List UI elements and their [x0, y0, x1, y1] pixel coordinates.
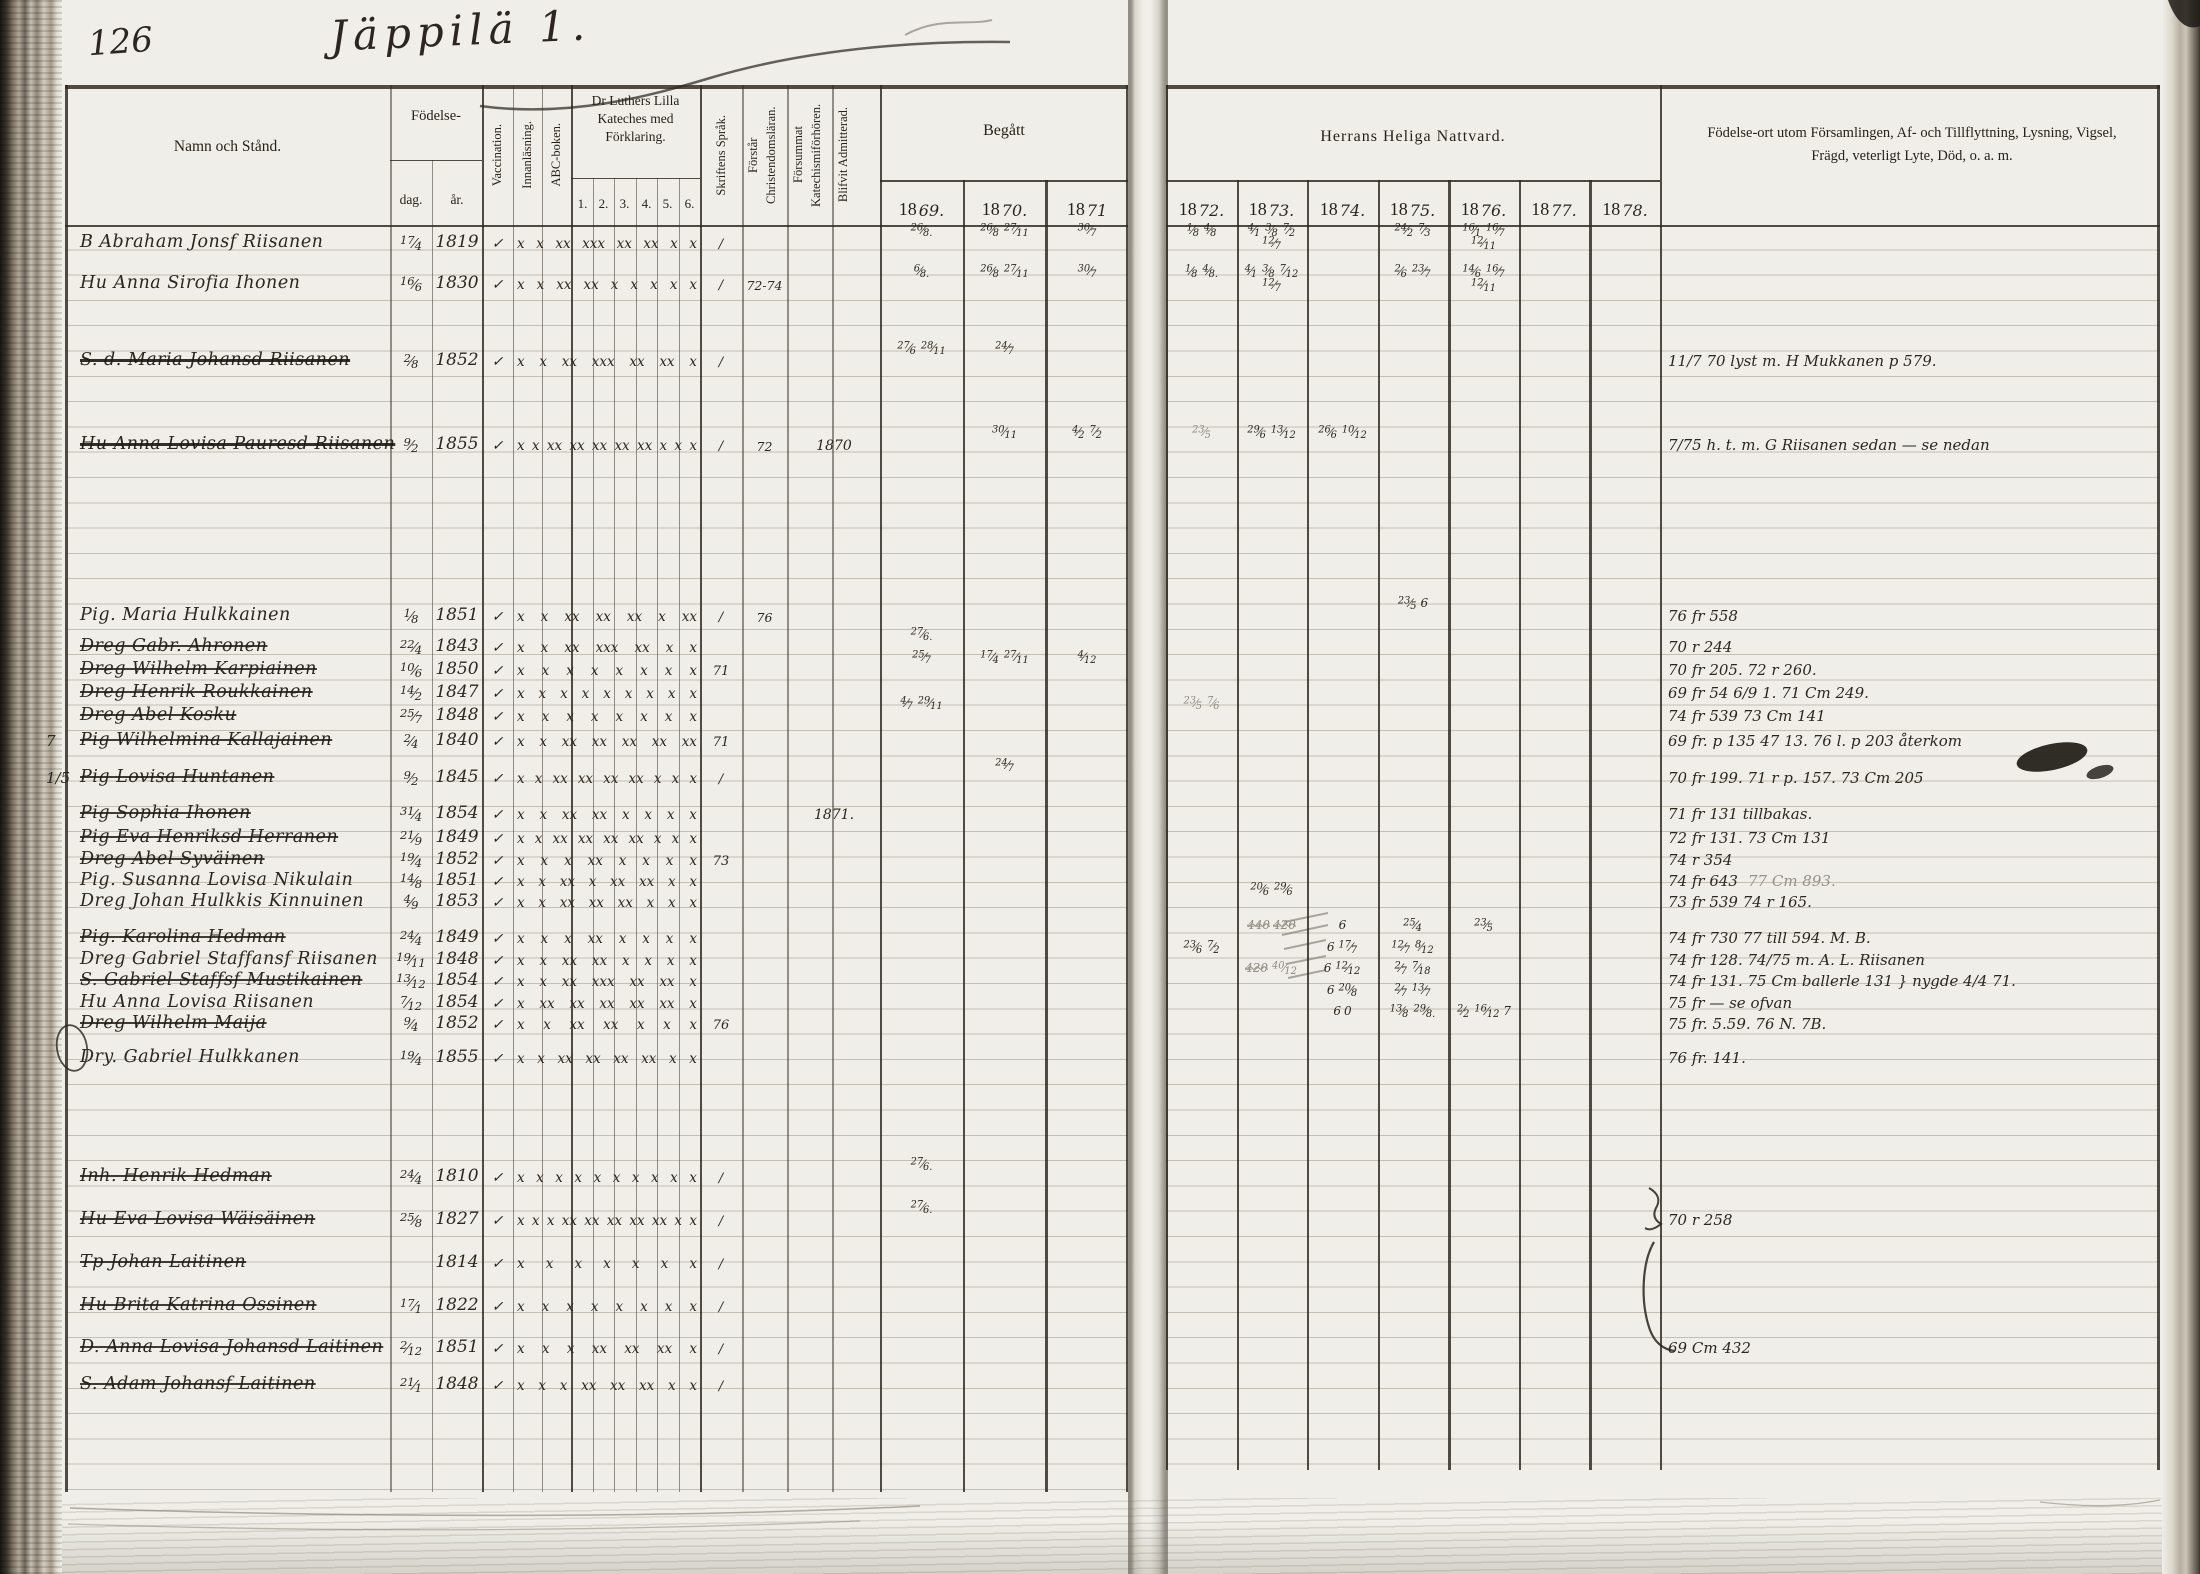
notes-cell: 75 fr — se ofvan — [1668, 988, 2156, 1012]
vaccination-mark-cell: ✓ — [483, 656, 512, 679]
year-column-label: 1872. — [1168, 184, 1235, 220]
catechism-col-3: 3. — [614, 196, 635, 212]
birth-year-cell: 1819 — [433, 227, 481, 252]
notes-cell: 69 Cm 432 — [1668, 1333, 2156, 1357]
column-header-reading: Innanläsning. — [513, 88, 542, 222]
catechism-col-2: 2. — [593, 196, 614, 212]
birth-day-cell: 9⁄2 — [391, 430, 431, 454]
vaccination-mark-cell: ✓ — [483, 1334, 512, 1357]
column-header-script-language: Skriftens Språk. — [700, 88, 742, 222]
column-header-abc-book: ABC-boken. — [542, 88, 571, 222]
birth-year-cell: 1830 — [433, 268, 481, 293]
vaccination-mark-cell: ✓ — [483, 702, 512, 725]
script-language-cell: / — [701, 1334, 741, 1357]
year-column-label: 1871 — [1048, 184, 1126, 220]
table-grid-hline — [880, 180, 1128, 182]
communion-marks-1876: 14⁄616⁄712⁄11 — [1450, 265, 1517, 292]
birth-year-cell: 1847 — [433, 677, 481, 702]
table-grid-vline — [482, 85, 484, 1492]
script-language-cell: / — [701, 1292, 741, 1315]
vaccination-mark-cell: ✓ — [483, 1044, 512, 1067]
column-header-missed-exams: Försummat Katechismiförhören. — [787, 88, 832, 222]
notes-cell: 75 fr. 5.59. 76 N. 7B. — [1668, 1009, 2156, 1033]
reading-marks-cell: xxxxxxxxxxx — [517, 269, 697, 293]
vaccination-mark-cell: ✓ — [483, 270, 512, 293]
column-header-notes: Födelse-ort utom Församlingen, Af- och T… — [1666, 122, 2158, 168]
script-language-cell: 71 — [701, 727, 741, 750]
table-grid-hline — [571, 178, 700, 179]
table-grid-vline — [390, 85, 392, 1492]
table-grid-hline — [390, 160, 482, 161]
communion-marks-1872: 1⁄84⁄8 — [1168, 224, 1235, 237]
name-cell: Tp Johan Laitinen — [80, 1246, 388, 1272]
birth-year-cell: 1854 — [433, 798, 481, 823]
birth-year-cell: 1845 — [433, 762, 481, 787]
name-cell: Pig Wilhelmina Kallajainen — [80, 724, 388, 750]
admitted-cell: 1870 — [790, 431, 878, 454]
vaccination-mark-cell: ✓ — [483, 229, 512, 252]
birth-year-cell: 1848 — [433, 1369, 481, 1394]
page-number: 126 — [87, 20, 155, 64]
reading-marks-cell: xxxxxxxxxx — [517, 1162, 697, 1186]
birth-day-cell: 31⁄4 — [391, 799, 431, 823]
reading-marks-cell: xxxxxxxxxx — [517, 1333, 697, 1357]
catechism-col-1: 1. — [572, 196, 593, 212]
communion-marks-1874: 60 — [1309, 1005, 1376, 1019]
birth-day-cell: 25⁄7 — [391, 701, 431, 725]
vaccination-mark-cell: ✓ — [483, 989, 512, 1012]
communion-marks-1870: 24⁄7 — [965, 759, 1044, 772]
table-grid-vline — [542, 85, 543, 1492]
birth-day-cell: 24⁄4 — [391, 923, 431, 947]
reading-marks-cell: xxxxxxxxxxxx — [517, 966, 697, 990]
table-grid-vline — [1589, 180, 1591, 1470]
birth-year-cell: 1822 — [433, 1290, 481, 1315]
vaccination-mark-cell: ✓ — [483, 633, 512, 656]
year-handwritten-suffix: 71 — [1087, 201, 1107, 220]
communion-marks-1875: 24⁄27⁄3 — [1379, 224, 1446, 237]
year-printed-prefix: 18 — [982, 199, 1000, 220]
year-printed-prefix: 18 — [899, 199, 917, 220]
table-grid-hline — [1166, 180, 1660, 182]
table-grid-hline — [65, 85, 1128, 89]
communion-marks-1869: 27⁄6. — [882, 1201, 961, 1214]
notes-header-line1: Födelse-ort utom Församlingen, Af- och T… — [1666, 122, 2158, 145]
table-grid-vline — [1307, 180, 1309, 1470]
year-handwritten-suffix: 76. — [1481, 201, 1506, 220]
table-grid-hline — [1166, 225, 2160, 227]
script-language-cell: 73 — [701, 846, 741, 869]
communion-marks-1873: 4⁄13⁄87⁄1212⁄7 — [1238, 265, 1305, 292]
communion-marks-1870: 24⁄7 — [965, 342, 1044, 355]
script-language-cell: / — [701, 229, 741, 252]
year-printed-prefix: 18 — [1320, 199, 1338, 220]
communion-marks-1871: 4⁄27⁄2 — [1048, 426, 1126, 439]
year-printed-prefix: 18 — [1602, 199, 1620, 220]
margin-mark: 1/5 — [46, 761, 64, 787]
year-column-label: 1870. — [965, 184, 1044, 220]
birth-day-cell: 9⁄2 — [391, 763, 431, 787]
communion-marks-1875: 25⁄4 — [1379, 919, 1446, 932]
reading-marks-cell: xxxxxxxxxxx — [517, 887, 697, 911]
script-language-cell: / — [701, 1249, 741, 1272]
name-cell: Hu Anna Sirofia Ihonen — [80, 267, 388, 293]
table-grid-vline — [1378, 180, 1380, 1470]
year-handwritten-suffix: 70. — [1002, 201, 1027, 220]
reading-marks-cell: xxxxxxxxxxxxxxx — [517, 430, 697, 454]
name-cell: Dreg Abel Kosku — [80, 699, 388, 725]
column-header-catechism: Dr Luthers Lilla Kateches med Förklaring… — [572, 92, 699, 147]
notes-cell: 7/75 h. t. m. G Riisanen sedan — se neda… — [1668, 430, 2156, 454]
year-handwritten-suffix: 74. — [1340, 201, 1365, 220]
script-language-cell: / — [701, 1371, 741, 1394]
birth-day-cell: 9⁄4 — [391, 1009, 431, 1033]
notes-cell: 76 fr. 141. — [1668, 1043, 2156, 1067]
column-header-name: Namn och Stånd. — [65, 138, 390, 156]
understands-cell: 72 — [743, 431, 786, 454]
name-cell: Dry. Gabriel Hulkkanen — [80, 1041, 388, 1067]
script-language-cell: / — [701, 431, 741, 454]
vaccination-mark-cell: ✓ — [483, 347, 512, 370]
birth-day-cell: 2⁄12 — [391, 1333, 431, 1357]
table-grid-vline — [1519, 180, 1521, 1470]
communion-marks-1870: 26⁄827⁄11 — [965, 224, 1044, 237]
column-header-admitted: Blifvit Admitterad. — [832, 88, 880, 222]
vaccination-mark-cell: ✓ — [483, 967, 512, 990]
vaccination-mark-cell: ✓ — [483, 1206, 512, 1229]
table-grid-hline — [1166, 85, 2160, 89]
notes-cell: 69 fr 54 6/9 1. 71 Cm 249. — [1668, 678, 2156, 702]
notes-cell: 11/7 70 lyst m. H Mukkanen p 579. — [1668, 346, 2156, 370]
communion-marks-1870: 30⁄11 — [965, 426, 1044, 439]
column-header-begatt: Begått — [880, 122, 1128, 140]
vaccination-mark-cell: ✓ — [483, 764, 512, 787]
table-grid-vline — [742, 85, 744, 1492]
birth-year-cell: 1855 — [433, 429, 481, 454]
year-handwritten-suffix: 72. — [1199, 201, 1224, 220]
communion-marks-1870: 26⁄827⁄11 — [965, 265, 1044, 278]
communion-marks-1871: 30⁄7 — [1048, 224, 1126, 237]
communion-marks-1875: 2⁄623⁄7 — [1379, 265, 1446, 278]
communion-marks-1869: 6⁄8. — [882, 265, 961, 278]
vaccination-mark-cell: ✓ — [483, 1292, 512, 1315]
script-language-cell: / — [701, 1206, 741, 1229]
birth-day-cell: 25⁄8 — [391, 1205, 431, 1229]
birth-year-cell: 1843 — [433, 631, 481, 656]
reading-marks-cell: xxxxxxxxxxxx — [517, 346, 697, 370]
birth-day-cell: 21⁄9 — [391, 823, 431, 847]
page-gutter-fold — [1128, 0, 1168, 1574]
birth-year-cell: 1851 — [433, 600, 481, 625]
birth-day-cell: 16⁄6 — [391, 269, 431, 293]
table-grid-vline — [65, 85, 68, 1492]
reading-marks-cell: xxxxxxxxx — [517, 845, 697, 869]
notes-cell: 72 fr 131. 73 Cm 131 — [1668, 823, 2156, 847]
birth-year-cell: 1848 — [433, 700, 481, 725]
notes-cell: 76 fr 558 — [1668, 601, 2156, 625]
communion-marks-1869: 25⁄7 — [882, 651, 961, 664]
communion-marks-1875: 2⁄713⁄7 — [1379, 984, 1446, 997]
reading-marks-cell: xxxxxxxxxxxx — [517, 988, 697, 1012]
reading-marks-cell: xxxxxxxx — [517, 655, 697, 679]
vaccination-mark-cell: ✓ — [483, 602, 512, 625]
vaccination-mark-cell: ✓ — [483, 946, 512, 969]
vaccination-mark-cell: ✓ — [483, 846, 512, 869]
birth-year-cell: 1850 — [433, 654, 481, 679]
birth-year-cell: 1840 — [433, 725, 481, 750]
communion-marks-1874: 617⁄7 — [1309, 941, 1376, 955]
notes-header-line2: Frägd, veterligt Lyte, Död, o. a. m. — [1666, 145, 2158, 168]
vaccination-mark-cell: ✓ — [483, 431, 512, 454]
birth-day-cell: 24⁄4 — [391, 1162, 431, 1186]
birth-day-cell: 22⁄4 — [391, 632, 431, 656]
birth-day-cell: 1⁄8 — [391, 601, 431, 625]
birth-day-cell: 21⁄1 — [391, 1370, 431, 1394]
vaccination-mark-cell: ✓ — [483, 1010, 512, 1033]
birth-year-cell: 1827 — [433, 1204, 481, 1229]
understands-cell: 76 — [743, 602, 786, 625]
year-handwritten-suffix: 77. — [1551, 201, 1576, 220]
vaccination-mark-cell: ✓ — [483, 888, 512, 911]
reading-marks-cell: xxxxxxxx — [517, 701, 697, 725]
catechism-col-6: 6. — [679, 196, 700, 212]
table-grid-vline — [1126, 85, 1128, 1492]
year-handwritten-suffix: 69. — [919, 201, 944, 220]
name-cell: Dreg Wilhelm Maija — [80, 1007, 388, 1033]
birth-year-cell: 1851 — [433, 1332, 481, 1357]
script-language-cell: / — [701, 1163, 741, 1186]
table-grid-vline — [1660, 85, 1662, 1470]
name-cell: Hu Anna Lovisa Pauresd Riisanen — [80, 428, 388, 454]
communion-marks-1869: 26⁄8. — [882, 224, 961, 237]
reading-marks-cell: xxxxxxxxx — [517, 1009, 697, 1033]
vaccination-mark-cell: ✓ — [483, 1249, 512, 1272]
name-cell: Dreg Johan Hulkkis Kinnuinen — [80, 885, 388, 911]
communion-marks-1872: 23⁄67⁄2 — [1168, 941, 1235, 954]
year-column-label: 1869. — [882, 184, 961, 220]
year-column-label: 1877. — [1521, 184, 1587, 220]
communion-marks-1873: 29⁄613⁄12 — [1238, 426, 1305, 439]
communion-marks-1874: 620⁄8 — [1309, 984, 1376, 998]
reading-marks-cell: xxxxxxxxxxxx — [517, 726, 697, 750]
year-printed-prefix: 18 — [1067, 199, 1085, 220]
column-header-birth-year: år. — [432, 192, 482, 208]
understands-cell: 72-74 — [743, 270, 786, 293]
communion-marks-1875: 12⁄78⁄12 — [1379, 941, 1446, 954]
birth-day-cell: 19⁄4 — [391, 1043, 431, 1067]
name-cell: Pig. Maria Hulkkainen — [80, 599, 388, 625]
year-handwritten-suffix: 78. — [1622, 201, 1647, 220]
catechism-col-4: 4. — [636, 196, 657, 212]
table-grid-vline — [513, 85, 514, 1492]
table-grid-vline — [880, 85, 882, 1492]
script-language-cell: / — [701, 270, 741, 293]
birth-day-cell: 19⁄11 — [391, 945, 431, 969]
year-column-label: 1874. — [1309, 184, 1376, 220]
column-header-nattvard: Herrans Heliga Nattvard. — [1166, 128, 1660, 146]
vaccination-mark-cell: ✓ — [483, 727, 512, 750]
table-grid-vline — [700, 85, 702, 1492]
reading-marks-cell: xxxxxxxxxxx — [517, 601, 697, 625]
birth-day-cell: 4⁄9 — [391, 887, 431, 911]
communion-marks-1869: 27⁄6. — [882, 628, 961, 641]
birth-year-cell: 1855 — [433, 1042, 481, 1067]
table-grid-vline — [1448, 180, 1450, 1470]
reading-marks-cell: xxxxxxxx — [517, 1291, 697, 1315]
birth-day-cell: 2⁄8 — [391, 346, 431, 370]
reading-marks-cell: xxxxxxxxxxxxx — [517, 228, 697, 252]
year-printed-prefix: 18 — [1390, 199, 1408, 220]
notes-cell: 73 fr 539 74 r 165. — [1668, 887, 2156, 911]
script-language-cell: 71 — [701, 656, 741, 679]
communion-marks-1871: 30⁄7 — [1048, 265, 1126, 278]
communion-marks-1873: 440420 — [1238, 919, 1305, 933]
communion-marks-1873: 42040⁄12 — [1238, 962, 1305, 976]
communion-marks-1869: 27⁄628⁄11 — [882, 342, 961, 355]
catechism-col-5: 5. — [657, 196, 678, 212]
birth-year-cell: 1810 — [433, 1161, 481, 1186]
reading-marks-cell: xxxxxxxxxxx — [517, 632, 697, 656]
vaccination-mark-cell: ✓ — [483, 1163, 512, 1186]
vaccination-mark-cell: ✓ — [483, 1371, 512, 1394]
notes-cell: 74 fr 539 73 Cm 141 — [1668, 701, 2156, 725]
year-column-label: 1875. — [1379, 184, 1446, 220]
reading-marks-cell: xxxxxxxxxxxxx — [517, 763, 697, 787]
table-grid-vline — [1237, 180, 1239, 1470]
notes-cell: 74 fr 128. 74/75 m. A. L. Riisanen — [1668, 945, 2156, 969]
communion-marks-1872: 23⁄57⁄6 — [1168, 697, 1235, 711]
communion-marks-1869: 4⁄729⁄11 — [882, 697, 961, 710]
year-printed-prefix: 18 — [1179, 199, 1197, 220]
pencil-swash — [905, 20, 992, 35]
vaccination-mark-cell: ✓ — [483, 800, 512, 823]
notes-cell: 74 fr 131. 75 Cm ballerle 131 } nygde 4/… — [1668, 966, 2156, 990]
reading-marks-cell: xxxxxxxxxx — [517, 945, 697, 969]
column-header-vaccination: Vaccination. — [482, 88, 513, 222]
birth-year-cell: 1814 — [433, 1247, 481, 1272]
birth-day-cell: 13⁄12 — [391, 966, 431, 990]
table-grid-vline — [1166, 85, 1168, 1470]
reading-marks-cell: xxxxxxxxxxxxx — [517, 823, 697, 847]
script-language-cell: / — [701, 764, 741, 787]
notes-cell: 70 r 244 — [1668, 632, 2156, 656]
script-language-cell: / — [701, 602, 741, 625]
birth-day-cell: 17⁄1 — [391, 1291, 431, 1315]
notes-cell: 71 fr 131 tillbakas. — [1668, 799, 2156, 823]
birth-year-cell: 1852 — [433, 1008, 481, 1033]
communion-marks-1870: 17⁄427⁄11 — [965, 651, 1044, 664]
table-grid-vline — [963, 180, 966, 1492]
table-grid-vline — [2157, 85, 2160, 1470]
birth-day-cell: 2⁄4 — [391, 726, 431, 750]
notes-cell: 74 fr 730 77 till 594. M. B. — [1668, 923, 2156, 947]
column-header-understands-doctrine: Förstår Christendomsläran. — [742, 88, 787, 222]
year-handwritten-suffix: 73. — [1269, 201, 1294, 220]
communion-marks-1872: 1⁄84⁄8. — [1168, 265, 1235, 278]
birth-day-cell: 7⁄12 — [391, 988, 431, 1012]
communion-marks-1873: 20⁄629⁄6 — [1238, 883, 1305, 896]
table-grid-vline — [787, 85, 789, 1492]
page-bottom-edge — [62, 1498, 2162, 1574]
notes-cell: 74 r 354 — [1668, 845, 2156, 869]
communion-marks-1874: 6 — [1309, 919, 1376, 933]
script-language-cell: / — [701, 347, 741, 370]
birth-day-cell: 14⁄2 — [391, 678, 431, 702]
name-cell: S. d. Maria Johansd Riisanen — [80, 344, 388, 370]
admitted-cell: 1871. — [790, 800, 878, 823]
communion-marks-1875: 13⁄829⁄8. — [1379, 1005, 1446, 1018]
notes-cell: 70 r 258 — [1668, 1205, 2156, 1229]
name-cell: Pig Lovisa Huntanen — [80, 761, 388, 787]
vaccination-mark-cell: ✓ — [483, 924, 512, 947]
communion-marks-1876: 23⁄5 — [1450, 919, 1517, 932]
communion-marks-1872: 23⁄5 — [1168, 426, 1235, 440]
reading-marks-cell: xxxxxxxxxxx — [517, 1370, 697, 1394]
name-cell: Hu Brita Katrina Ossinen — [80, 1289, 388, 1315]
communion-marks-1876: 16⁄116⁄712⁄11 — [1450, 224, 1517, 251]
communion-marks-1875: 2⁄77⁄18 — [1379, 962, 1446, 975]
year-column-label: 1878. — [1592, 184, 1658, 220]
birth-year-cell: 1852 — [433, 345, 481, 370]
name-cell: Pig Sophia Ihonen — [80, 797, 388, 823]
communion-marks-1873: 4⁄13⁄87⁄212⁄7 — [1238, 224, 1305, 251]
reading-marks-cell: xxxxxxxxxx — [517, 799, 697, 823]
column-header-birth-day: dag. — [390, 192, 432, 208]
table-grid-vline — [571, 85, 573, 1492]
page-title-handwritten: Jäppilä 1. — [329, 0, 592, 60]
reading-marks-cell: xxxxxxxxxxxxxxx — [517, 1205, 697, 1229]
vaccination-mark-cell: ✓ — [483, 679, 512, 702]
margin-mark: 7 — [46, 724, 64, 750]
reading-marks-cell: xxxxxxxxxxxx — [517, 1043, 697, 1067]
communion-marks-1871: 4⁄12 — [1048, 651, 1126, 664]
year-printed-prefix: 18 — [1249, 199, 1267, 220]
year-column-label: 1876. — [1450, 184, 1517, 220]
notes-cell: 70 fr 205. 72 r 260. — [1668, 655, 2156, 679]
name-cell: Hu Eva Lovisa Wäisäinen — [80, 1203, 388, 1229]
column-header-birth-group: Födelse- — [390, 108, 482, 125]
table-grid-vline — [832, 85, 834, 1492]
name-cell: S. Adam Johansf Laitinen — [80, 1368, 388, 1394]
vaccination-mark-cell: ✓ — [483, 824, 512, 847]
communion-marks-1876: 2⁄216⁄127 — [1450, 1005, 1517, 1019]
scanned-ledger-spread: 126 Jäppilä 1. Namn och Stånd. Födelse- … — [0, 0, 2200, 1574]
birth-day-cell: 17⁄4 — [391, 228, 431, 252]
notes-cell: 70 fr 199. 71 r p. 157. 73 Cm 205 — [1668, 763, 2156, 787]
communion-marks-1874: 26⁄610⁄12 — [1309, 426, 1376, 439]
reading-marks-cell: xxxxxxx — [517, 1248, 697, 1272]
year-printed-prefix: 18 — [1531, 199, 1549, 220]
reading-marks-cell: xxxxxxxxx — [517, 678, 697, 702]
table-grid-vline — [1045, 180, 1048, 1492]
page-right-edge — [2162, 0, 2200, 1574]
reading-marks-cell: xxxxxxxxx — [517, 923, 697, 947]
communion-marks-1869: 27⁄6. — [882, 1158, 961, 1171]
communion-marks-1874: 612⁄12 — [1309, 962, 1376, 976]
communion-marks-1875: 23⁄56 — [1379, 597, 1446, 611]
birth-day-cell: 10⁄6 — [391, 655, 431, 679]
script-language-cell: 76 — [701, 1010, 741, 1033]
book-spine-edge — [0, 0, 62, 1574]
birth-year-cell: 1853 — [433, 886, 481, 911]
name-cell: B Abraham Jonsf Riisanen — [80, 226, 388, 252]
name-cell: Inh. Henrik Hedman — [80, 1160, 388, 1186]
year-printed-prefix: 18 — [1461, 199, 1479, 220]
notes-cell: 69 fr. p 135 47 13. 76 l. p 203 återkom — [1668, 726, 2156, 750]
name-cell: D. Anna Lovisa Johansd Laitinen — [80, 1331, 388, 1357]
year-column-label: 1873. — [1238, 184, 1305, 220]
year-handwritten-suffix: 75. — [1410, 201, 1435, 220]
